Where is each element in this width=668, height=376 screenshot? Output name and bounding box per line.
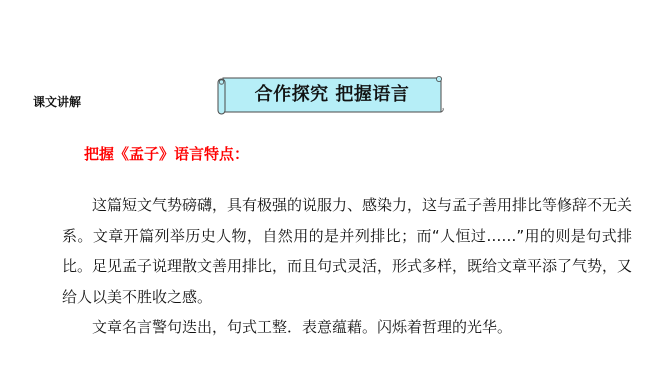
subtitle: 把握《孟子》语言特点： bbox=[84, 143, 249, 164]
banner-title: 合作探究 把握语言 bbox=[229, 76, 435, 114]
paragraph: 文章名言警句迭出，句式工整．表意蕴藉。闪烁着哲理的光华。 bbox=[62, 312, 632, 343]
paragraph: 这篇短文气势磅礴，具有极强的说服力、感染力，这与孟子善用排比等修辞不无关系。文章… bbox=[62, 190, 632, 312]
scroll-banner: 合作探究 把握语言 bbox=[217, 76, 445, 114]
section-label: 课文讲解 bbox=[33, 93, 81, 110]
body-text: 这篇短文气势磅礴，具有极强的说服力、感染力，这与孟子善用排比等修辞不无关系。文章… bbox=[62, 190, 632, 343]
